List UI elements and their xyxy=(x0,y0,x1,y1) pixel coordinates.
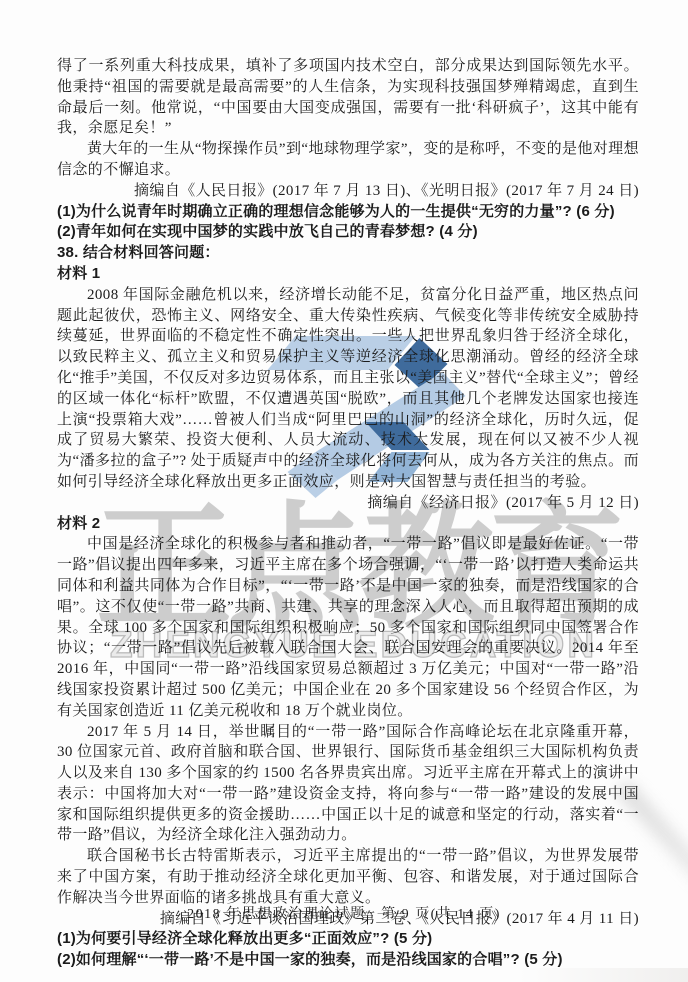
exam-body: 得了一系列重大科技成果，填补了多项国内技术空白，部分成果达到国际领先水平。他秉持… xyxy=(57,56,639,971)
q37-subquestion-1: (1)为什么说青年时期确立正确的理想信念能够为人的一生提供“无穷的力量”? (6… xyxy=(57,202,639,223)
q38-material-2-paragraph-2: 2017 年 5 月 14 日，举世瞩目的“一带一路”国际合作高峰论坛在北京隆重… xyxy=(57,722,639,847)
q37-material-paragraph-2: 黄大年的一生从“物探操作员”到“地球物理学家”，变的是称呼，不变的是他对理想信念… xyxy=(57,139,639,181)
q38-heading: 38. 结合材料回答问题： xyxy=(57,243,639,264)
q37-subquestion-2: (2)青年如何在实现中国梦的实践中放飞自己的青春梦想? (4 分) xyxy=(57,222,639,243)
q38-subquestion-1: (1)为何要引导经济全球化释放出更多“正面效应”? (5 分) xyxy=(57,929,639,950)
q37-material-paragraph-continuation: 得了一系列重大科技成果，填补了多项国内技术空白，部分成果达到国际领先水平。他秉持… xyxy=(57,56,639,139)
q38-material-1-source: 摘编自《经济日报》(2017 年 5 月 12 日) xyxy=(57,493,639,514)
q38-material-2-paragraph-3: 联合国秘书长古特雷斯表示，习近平主席提出的“一带一路”倡议，为世界发展带来了中国… xyxy=(57,846,639,908)
q38-material-2-paragraph-1: 中国是经济全球化的积极参与者和推动者，“一带一路”倡议即是最好佐证。“一带一路”… xyxy=(57,534,639,721)
q38-material-1-paragraph: 2008 年国际金融危机以来，经济增长动能不足，贫富分化日益严重，地区热点问题此… xyxy=(57,285,639,493)
q38-material-2-label: 材料 2 xyxy=(57,514,639,535)
q38-material-1-label: 材料 1 xyxy=(57,264,639,285)
exam-page: { "page": { "footer": "2018 年思想政治理论试题 第 … xyxy=(0,0,688,982)
page-footer: 2018 年思想政治理论试题 第 9 页(共 14 页) xyxy=(0,903,688,923)
q37-source-citation: 摘编自《人民日报》(2017 年 7 月 13 日)、《光明日报》(2017 年… xyxy=(57,181,639,202)
q38-subquestion-2: (2)如何理解“‘一带一路’不是中国一家的独奏，而是沿线国家的合唱”? (5 分… xyxy=(57,950,639,971)
